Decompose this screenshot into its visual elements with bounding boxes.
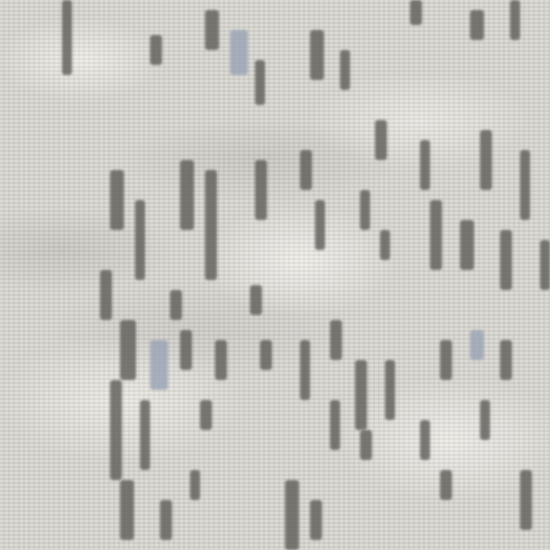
pattern-stroke <box>470 330 484 360</box>
pattern-stroke <box>255 60 265 105</box>
pattern-stroke <box>480 130 492 190</box>
pattern-stroke <box>355 360 367 430</box>
pattern-stroke <box>160 500 172 540</box>
pattern-stroke <box>100 270 112 320</box>
pattern-stroke <box>420 420 430 460</box>
pattern-stroke <box>135 200 145 280</box>
pattern-stroke <box>285 480 299 550</box>
pattern-stroke <box>310 30 324 80</box>
pattern-stroke <box>315 200 325 250</box>
pattern-stroke <box>375 120 387 160</box>
pattern-stroke <box>460 220 474 270</box>
pattern-stroke <box>110 380 122 480</box>
pattern-stroke <box>420 140 430 190</box>
pattern-stroke <box>150 340 168 390</box>
pattern-stroke <box>205 170 217 280</box>
pattern-stroke <box>380 230 390 260</box>
pattern-stroke <box>180 160 194 230</box>
pattern-stroke <box>190 470 200 500</box>
pattern-stroke <box>430 200 442 270</box>
pattern-stroke <box>540 240 550 290</box>
pattern-stroke <box>500 340 512 380</box>
pattern-stroke <box>330 320 342 360</box>
pattern-stroke <box>520 150 530 220</box>
pattern-stroke <box>120 480 134 540</box>
pattern-stroke <box>300 340 310 400</box>
pattern-stroke <box>480 400 490 440</box>
pattern-stroke <box>360 430 372 460</box>
pattern-stroke <box>470 10 484 40</box>
pattern-stroke <box>150 35 162 65</box>
pattern-stroke <box>310 500 322 540</box>
pattern-stroke <box>500 230 512 290</box>
pattern-stroke <box>62 0 72 75</box>
pattern-stroke <box>180 330 192 370</box>
pattern-stroke <box>110 170 124 230</box>
pattern-stroke <box>385 360 395 420</box>
pile-texture <box>0 0 550 550</box>
pattern-stroke <box>120 320 136 380</box>
pattern-stroke <box>230 30 248 75</box>
pattern-stroke <box>140 400 150 470</box>
pattern-stroke <box>215 340 227 380</box>
pattern-stroke <box>205 10 219 50</box>
pattern-stroke <box>360 190 370 230</box>
pattern-stroke <box>200 400 212 430</box>
pattern-stroke <box>255 160 267 220</box>
pattern-stroke <box>260 340 272 370</box>
pattern-stroke <box>300 150 312 190</box>
pattern-stroke <box>410 0 422 25</box>
pattern-stroke <box>170 290 182 320</box>
pattern-stroke <box>520 470 532 530</box>
pattern-stroke <box>330 400 340 450</box>
pattern-stroke <box>440 340 452 380</box>
pattern-stroke <box>510 0 520 40</box>
pattern-stroke <box>440 470 452 500</box>
pattern-stroke <box>250 285 262 315</box>
pattern-stroke <box>340 50 350 90</box>
rug-texture-photo <box>0 0 550 550</box>
